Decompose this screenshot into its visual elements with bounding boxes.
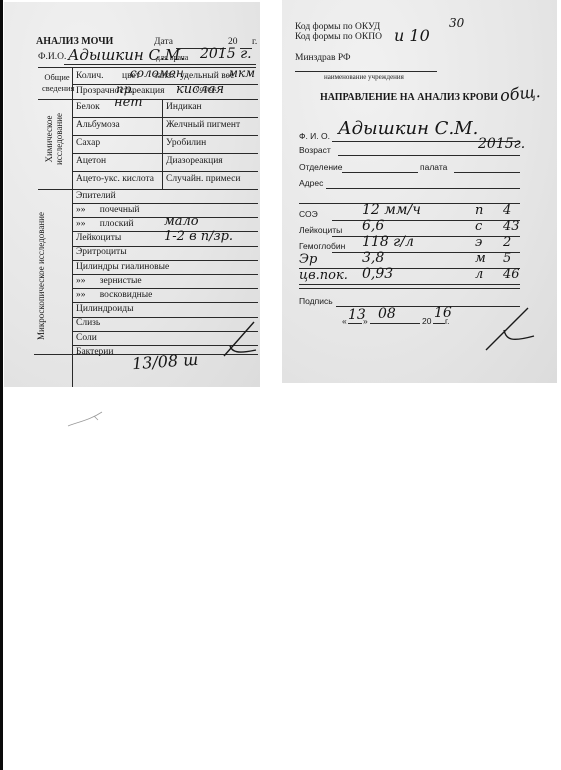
urine-analysis-form: АНАЛИЗ МОЧИ Дата 20 г. Ф.И.О. Адышкин С.… bbox=[4, 2, 260, 387]
result-number: 4 bbox=[503, 203, 511, 218]
result-code: с bbox=[475, 219, 482, 234]
result-code: м bbox=[475, 251, 486, 266]
micro-item-value: 1-2 в п/зр. bbox=[164, 229, 233, 244]
footer-handwritten-date: 13/08 ш bbox=[131, 350, 199, 374]
result-code: э bbox=[475, 235, 482, 250]
result-value: 12 мм/ч bbox=[362, 202, 421, 218]
result-value: 3,8 bbox=[362, 250, 384, 266]
section-chemical: Химическое исследование bbox=[44, 99, 66, 179]
section-microscopic: Микроскопическое исследование bbox=[36, 191, 48, 361]
ward-label: палата bbox=[420, 162, 447, 172]
micro-item-label: Цилиндроиды bbox=[76, 304, 134, 314]
year-value: 2015 г. bbox=[200, 46, 252, 62]
fio-label: Ф. И. О. bbox=[299, 131, 330, 141]
blood-analysis-form: Код формы по ОКУД Код формы по ОКПО и 10… bbox=[282, 0, 557, 383]
okpo-label: Код формы по ОКПО bbox=[295, 32, 382, 42]
micro-item-label: Эпителий bbox=[76, 191, 116, 201]
chem-item-value: нет bbox=[114, 95, 143, 110]
ministry-label: Минздрав РФ bbox=[295, 53, 350, 63]
section-general: Общие сведения bbox=[42, 72, 72, 94]
signature-mark-icon bbox=[218, 320, 258, 360]
for-doctor-label: для врача bbox=[156, 53, 188, 62]
signature-year-prefix: 20 bbox=[422, 316, 431, 326]
result-label: Лейкоциты bbox=[299, 225, 342, 235]
fio-value: Адышкин С.М. bbox=[338, 118, 478, 139]
result-number: 46 bbox=[503, 267, 520, 282]
result-code: л bbox=[475, 267, 483, 282]
specific-gravity-value: мкм bbox=[228, 66, 255, 80]
result-label: СОЭ bbox=[299, 209, 318, 219]
chem-item-label: Альбумоза bbox=[76, 120, 120, 130]
chem-item-label-right: Желчный пигмент bbox=[166, 120, 240, 130]
chem-item-label: Ацето-укс. кислота bbox=[76, 174, 154, 184]
stray-pen-mark-icon bbox=[66, 410, 106, 430]
form-code-superscript: 30 bbox=[449, 16, 464, 30]
address-label: Адрес bbox=[299, 178, 323, 188]
age-value: 2015г. bbox=[478, 136, 525, 152]
micro-item-label: Бактерии bbox=[76, 347, 113, 357]
quantity-label: Колич. bbox=[76, 71, 103, 81]
micro-item-label: Эритроциты bbox=[76, 247, 127, 257]
title-handwritten-note: общ. bbox=[499, 82, 541, 105]
result-prefix: цв.пок. bbox=[299, 268, 348, 283]
chem-item-label-right: Индикан bbox=[166, 102, 202, 112]
result-value: 0,93 bbox=[362, 266, 393, 282]
signature-date-suffix: г. bbox=[445, 316, 449, 326]
result-number: 2 bbox=[503, 235, 511, 250]
result-prefix: Эр bbox=[299, 252, 317, 267]
chem-item-label: Сахар bbox=[76, 138, 100, 148]
result-code: п bbox=[475, 203, 483, 218]
chem-item-label-right: Диазореакция bbox=[166, 156, 223, 166]
signature-label: Подпись bbox=[299, 296, 333, 306]
okud-label: Код формы по ОКУД bbox=[295, 22, 380, 32]
result-value: 6,6 bbox=[362, 218, 384, 234]
institution-caption: наименование учреждения bbox=[324, 73, 404, 81]
chem-item-label: Ацетон bbox=[76, 156, 106, 166]
result-number: 5 bbox=[503, 251, 511, 266]
micro-item-label: Лейкоциты bbox=[76, 233, 121, 243]
department-label: Отделение bbox=[299, 162, 342, 172]
form-code-handwritten: и 10 bbox=[394, 26, 430, 45]
specific-gravity-label: удельный вес bbox=[180, 71, 234, 81]
scan-edge-bar bbox=[0, 0, 3, 770]
micro-item-label: Слизь bbox=[76, 318, 100, 328]
chem-item-label-right: Случайн. примеси bbox=[166, 174, 240, 184]
sediment-label: осадок bbox=[196, 85, 216, 93]
blood-form-title: НАПРАВЛЕНИЕ НА АНАЛИЗ КРОВИ bbox=[320, 92, 498, 103]
result-value: 118 г/л bbox=[362, 234, 414, 250]
signature-date-month: 08 bbox=[378, 306, 396, 322]
chem-item-label: Белок bbox=[76, 102, 100, 112]
micro-item-label: »» почечный bbox=[76, 205, 139, 215]
odor-label: запах bbox=[154, 71, 176, 81]
chem-item-label-right: Уробилин bbox=[166, 138, 206, 148]
age-label: Возраст bbox=[299, 145, 331, 155]
date-year-suffix: г. bbox=[252, 37, 257, 47]
doctor-signature-icon bbox=[478, 306, 538, 354]
micro-item-label: »» восковидные bbox=[76, 290, 152, 300]
fio-label: Ф.И.О. bbox=[38, 52, 66, 62]
micro-item-label: Соли bbox=[76, 333, 97, 343]
micro-item-label: Цилиндры гиалиновые bbox=[76, 262, 169, 272]
micro-item-label: »» зернистые bbox=[76, 276, 142, 286]
result-label: Гемоглобин bbox=[299, 241, 345, 251]
micro-item-label: »» плоский bbox=[76, 219, 134, 229]
result-number: 43 bbox=[503, 219, 520, 234]
micro-item-value: мало bbox=[164, 214, 199, 229]
